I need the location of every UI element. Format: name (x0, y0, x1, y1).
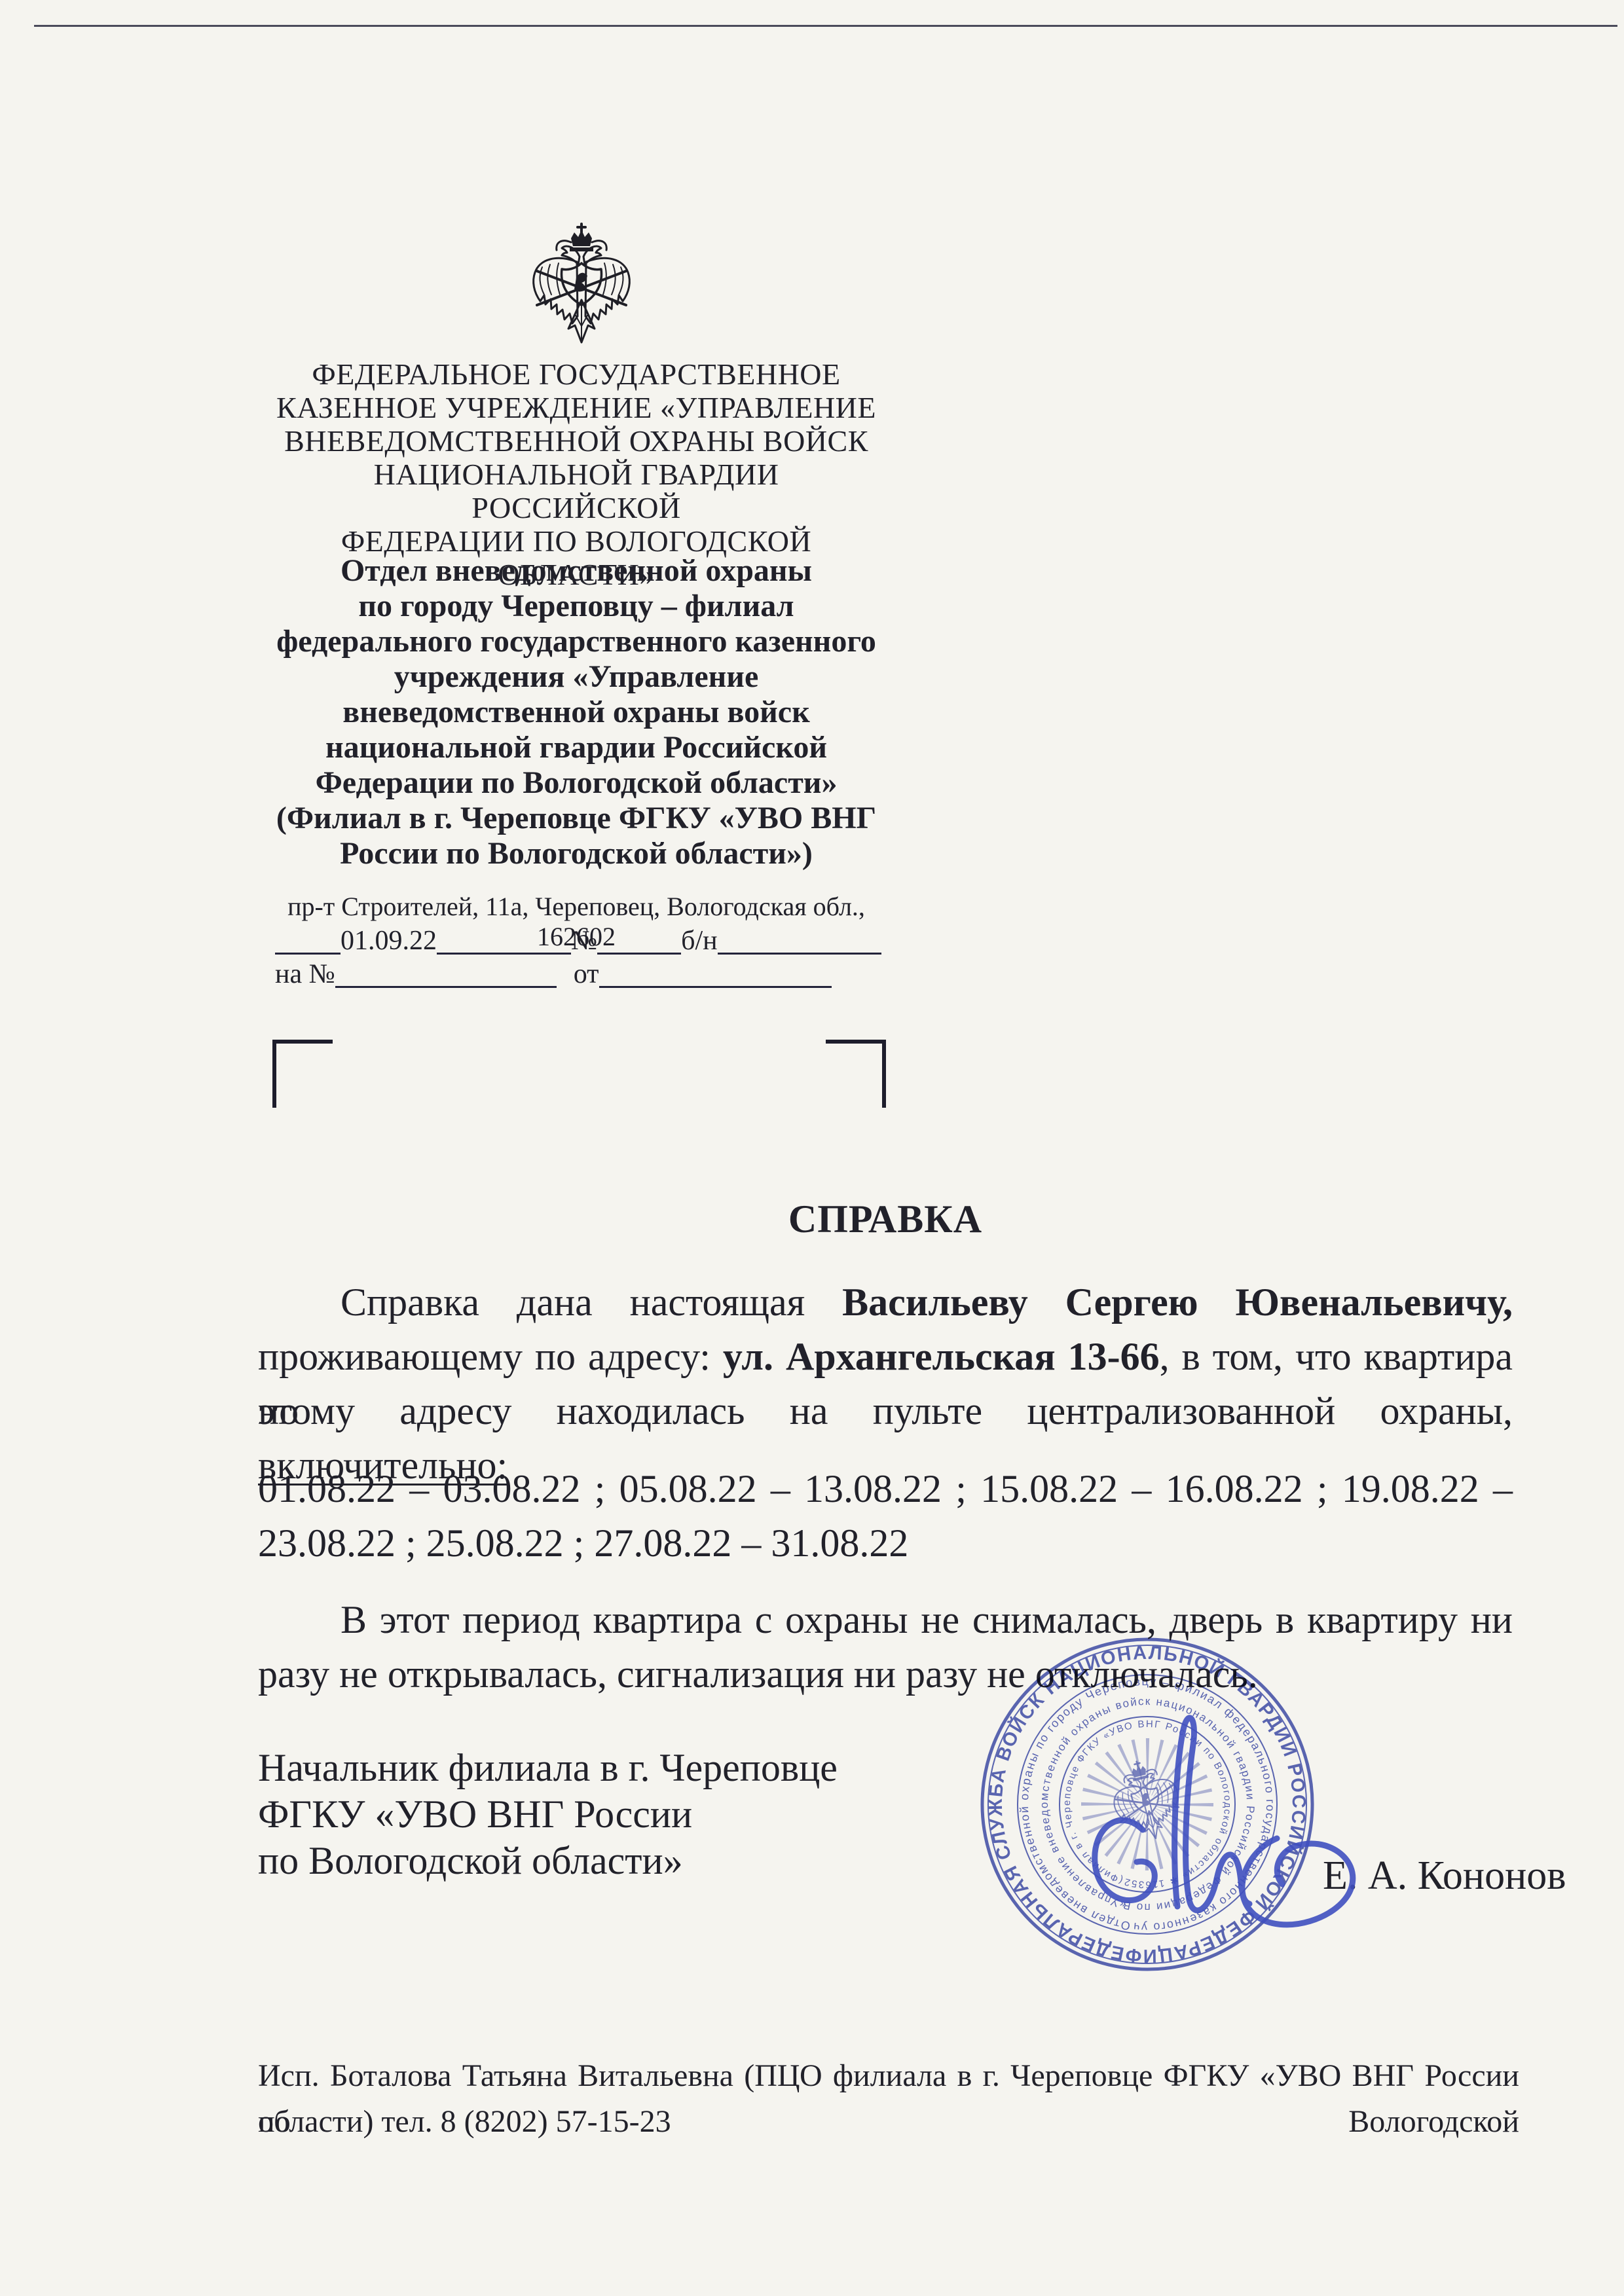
blank-line (437, 925, 571, 955)
p1-text: этому адресу находилась на пульте центра… (258, 1389, 1513, 1432)
blank-line (718, 925, 881, 955)
blank-line (599, 958, 832, 988)
org-name-line: НАЦИОНАЛЬНОЙ ГВАРДИИ РОССИЙСКОЙ (274, 458, 879, 524)
branch-name-line: России по Вологодской области») (274, 836, 879, 871)
rosgvardia-eagle-emblem-icon (516, 217, 647, 356)
reg-number-row: 01.09.22№б/н (275, 924, 881, 957)
blank-line (275, 925, 341, 955)
paragraph1-line1: Справка дана настоящая Васильеву Сергею … (258, 1275, 1513, 1330)
org-name-line: КАЗЕННОЕ УЧРЕЖДЕНИЕ «УПРАВЛЕНИЕ (274, 391, 879, 424)
number-sign: № (571, 926, 597, 956)
guard-dates-line1: 01.08.22 – 03.08.22 ; 05.08.22 – 13.08.2… (258, 1462, 1513, 1516)
corner-mark-left (272, 1040, 333, 1108)
from-label: от (574, 959, 599, 989)
blank-line (597, 925, 681, 955)
scanned-document-page: ФЕДЕРАЛЬНОЕ ГОСУДАРСТВЕННОЕ КАЗЕННОЕ УЧР… (0, 0, 1624, 2296)
branch-name-block: Отдел вневедомственной охраны по городу … (274, 553, 879, 871)
org-name-line: ФЕДЕРАЛЬНОЕ ГОСУДАРСТВЕННОЕ (274, 357, 879, 391)
guard-dates-line2: 23.08.22 ; 25.08.22 ; 27.08.22 – 31.08.2… (258, 1516, 1513, 1571)
reg-date-value: 01.09.22 (341, 926, 437, 956)
branch-name-line: учреждения «Управление (274, 659, 879, 695)
scan-edge-line (34, 25, 1617, 27)
signatory-position-line: Начальник филиала в г. Череповце (258, 1745, 838, 1791)
corner-mark-right (826, 1040, 886, 1108)
recipient-address: ул. Архангельская 13-66 (723, 1335, 1160, 1378)
branch-name-line: по городу Череповцу – филиал (274, 589, 879, 624)
branch-name-line: федерального государственного казенного (274, 624, 879, 659)
signatory-position-line: ФГКУ «УВО ВНГ России (258, 1791, 838, 1838)
executor-line2: области) тел. 8 (8202) 57-15-23 (258, 2099, 1519, 2145)
p1-text: проживающему по адресу: (258, 1335, 723, 1378)
ref-label: на № (275, 959, 335, 989)
branch-name-line: вневедомственной охраны войск (274, 695, 879, 730)
signatory-position-block: Начальник филиала в г. Череповце ФГКУ «У… (258, 1745, 838, 1884)
org-name-line: ВНЕВЕДОМСТВЕННОЙ ОХРАНЫ ВОЙСК (274, 424, 879, 458)
reference-row: на №от (275, 958, 832, 991)
blank-line (335, 958, 557, 988)
branch-name-line: (Филиал в г. Череповце ФГКУ «УВО ВНГ (274, 801, 879, 836)
signature-svg (1061, 1683, 1375, 1958)
recipient-name: Васильеву Сергею Ювенальевичу, (842, 1281, 1513, 1324)
doc-title: СПРАВКА (258, 1197, 1513, 1242)
p1-text: Справка дана настоящая (341, 1281, 842, 1324)
number-value: б/н (681, 926, 718, 956)
signatory-position-line: по Вологодской области» (258, 1838, 838, 1884)
branch-name-line: национальной гвардии Российской (274, 730, 879, 765)
branch-name-line: Отдел вневедомственной охраны (274, 553, 879, 589)
branch-name-line: Федерации по Вологодской области» (274, 765, 879, 801)
handwritten-signature (1061, 1683, 1375, 1958)
